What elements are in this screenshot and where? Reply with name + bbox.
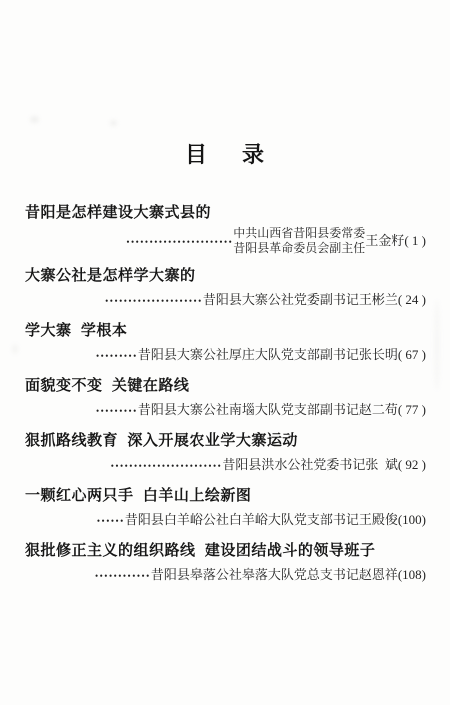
scan-blemish [434, 300, 440, 390]
entry-title: 狠批修正主义的组织路线 建设团结战斗的领导班子 [25, 538, 426, 564]
entry-title: 大寨公社是怎样学大寨的 [25, 263, 426, 289]
author-org-stack: 中共山西省昔阳县委常委 昔阳县革命委员会副主任 [233, 226, 365, 256]
scan-blemish [30, 116, 39, 123]
leader-dots: ••••••••••••••••••••••• [126, 231, 233, 253]
entry-title: 学大寨 学根本 [25, 318, 426, 344]
entry-author-line: ••••••••••••••••••••• 昔阳县大寨公社党委副书记王彬兰 ( … [25, 289, 426, 311]
leader-dots: ••••••••• [96, 345, 138, 367]
page-number: ( 92 ) [398, 454, 426, 476]
toc-list: 昔阳是怎样建设大寨式县的 ••••••••••••••••••••••• 中共山… [0, 200, 450, 586]
page-number: ( 1 ) [404, 230, 426, 252]
toc-entry: 狠批修正主义的组织路线 建设团结战斗的领导班子 •••••••••••• 昔阳县… [25, 538, 426, 586]
toc-entry: 昔阳是怎样建设大寨式县的 ••••••••••••••••••••••• 中共山… [25, 200, 426, 256]
entry-author-line: ••••••••• 昔阳县大寨公社厚庄大队党支部副书记张长明 ( 67 ) [25, 344, 426, 366]
author-role-name: 昔阳县大寨公社党委副书记王彬兰 [203, 289, 398, 311]
author-role-name: 昔阳县大寨公社南堖大队党支部副书记赵二苟 [138, 399, 398, 421]
entry-title: 狠抓路线教育 深入开展农业学大寨运动 [25, 428, 426, 454]
entry-author-line: ••••••••••••••••••••••• 中共山西省昔阳县委常委 昔阳县革… [25, 226, 426, 256]
author-role-name: 昔阳县白羊峪公社白羊峪大队党支部书记王殿俊 [125, 509, 398, 531]
leader-dots: ••••••••• [96, 400, 138, 422]
leader-dots: •••••• [97, 510, 125, 532]
entry-title: 一颗红心两只手 白羊山上绘新图 [25, 483, 426, 509]
toc-entry: 狠抓路线教育 深入开展农业学大寨运动 •••••••••••••••••••••… [25, 428, 426, 476]
page-number: (100) [398, 509, 426, 531]
author-role-name: 昔阳县大寨公社厚庄大队党支部副书记张长明 [138, 344, 398, 366]
leader-dots: ••••••••••••••••••••• [105, 290, 203, 312]
author-org-line: 昔阳县革命委员会副主任 [233, 241, 365, 256]
toc-entry: 学大寨 学根本 ••••••••• 昔阳县大寨公社厚庄大队党支部副书记张长明 (… [25, 318, 426, 366]
entry-author-line: ••••••••• 昔阳县大寨公社南堖大队党支部副书记赵二苟 ( 77 ) [25, 399, 426, 421]
leader-dots: •••••••••••••••••••••••• [111, 455, 223, 477]
page-number: ( 67 ) [398, 344, 426, 366]
toc-entry: 大寨公社是怎样学大寨的 ••••••••••••••••••••• 昔阳县大寨公… [25, 263, 426, 311]
page-number: ( 77 ) [398, 399, 426, 421]
entry-author-line: •••••••••••• 昔阳县皋落公社皋落大队党总支书记赵恩祥 (108) [25, 564, 426, 586]
scan-blemish [110, 120, 117, 126]
author-role-name: 昔阳县皋落公社皋落大队党总支书记赵恩祥 [151, 564, 398, 586]
entry-title: 面貌变不变 关键在路线 [25, 373, 426, 399]
author-role-name: 昔阳县洪水公社党委书记张 斌 [222, 454, 398, 476]
author-org-line: 中共山西省昔阳县委常委 [233, 226, 365, 241]
page-title-char-left: 目 [185, 143, 208, 167]
scan-blemish [12, 344, 18, 354]
scanned-toc-page: 目 录 昔阳是怎样建设大寨式县的 •••••••••••••••••••••••… [0, 0, 450, 705]
page-title-char-right: 录 [242, 143, 265, 167]
page-number: (108) [398, 564, 426, 586]
author-name: 王金籽 [365, 230, 404, 252]
toc-entry: 一颗红心两只手 白羊山上绘新图 •••••• 昔阳县白羊峪公社白羊峪大队党支部书… [25, 483, 426, 531]
entry-author-line: •••••••••••••••••••••••• 昔阳县洪水公社党委书记张 斌 … [25, 454, 426, 476]
leader-dots: •••••••••••• [95, 565, 151, 587]
toc-entry: 面貌变不变 关键在路线 ••••••••• 昔阳县大寨公社南堖大队党支部副书记赵… [25, 373, 426, 421]
page-number: ( 24 ) [398, 289, 426, 311]
entry-title: 昔阳是怎样建设大寨式县的 [25, 200, 426, 226]
entry-author-line: •••••• 昔阳县白羊峪公社白羊峪大队党支部书记王殿俊 (100) [25, 509, 426, 531]
page-title: 目 录 [0, 0, 450, 167]
